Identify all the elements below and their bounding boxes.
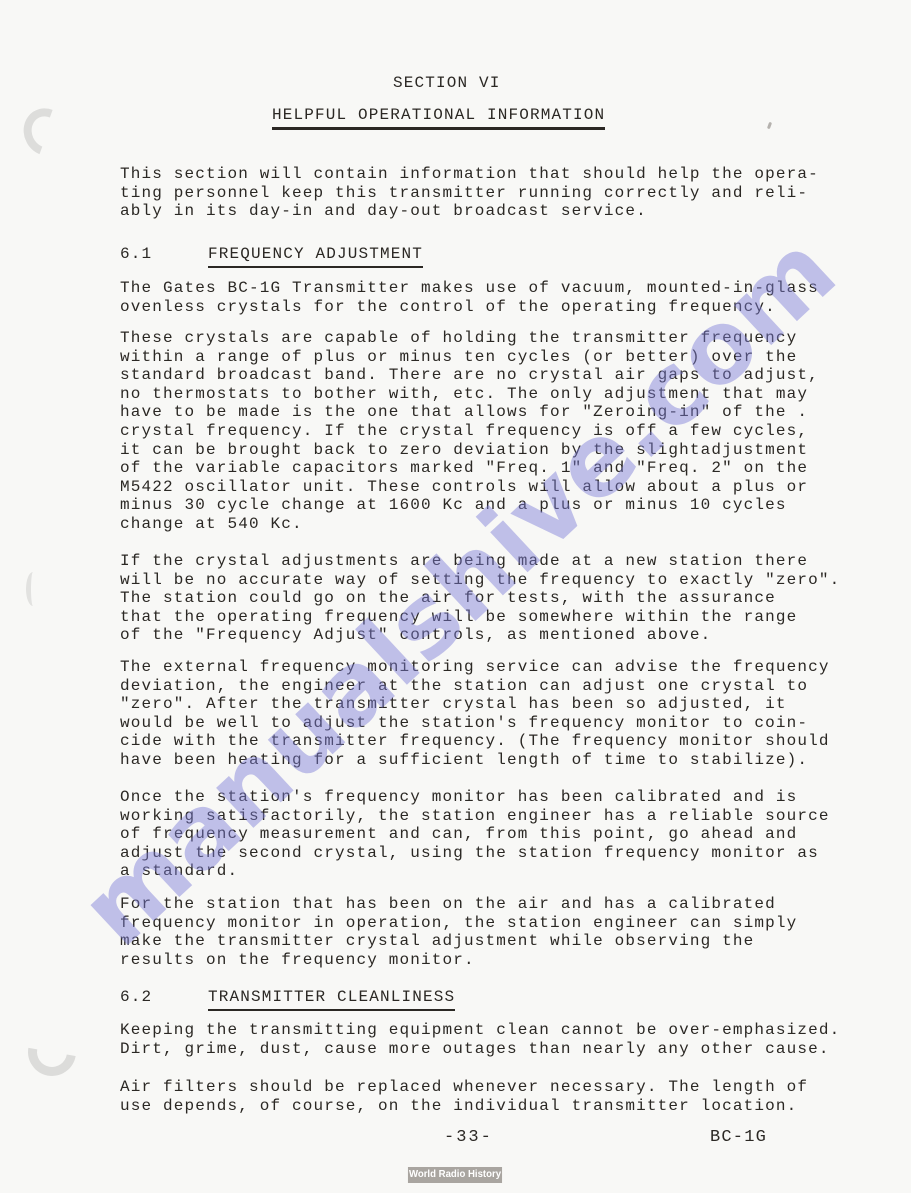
body-paragraph: Keeping the transmitting equipment clean… (120, 1021, 840, 1058)
body-paragraph: Once the station's frequency monitor has… (120, 788, 830, 881)
punch-hole-mark (26, 572, 40, 606)
body-paragraph: Air filters should be replaced whenever … (120, 1078, 808, 1115)
body-paragraph: These crystals are capable of holding th… (120, 329, 819, 534)
body-paragraph: The external frequency monitoring servic… (120, 658, 830, 770)
section-heading: TRANSMITTER CLEANLINESS (208, 988, 455, 1011)
section-heading: FREQUENCY ADJUSTMENT (208, 245, 423, 268)
section-number: 6.2 (120, 988, 152, 1006)
scan-speck (767, 122, 772, 130)
section-number: 6.1 (120, 245, 152, 263)
punch-hole-mark (19, 1019, 86, 1086)
intro-paragraph: This section will contain information th… (120, 165, 819, 221)
body-paragraph: For the station that has been on the air… (120, 895, 797, 969)
body-paragraph: If the crystal adjustments are being mad… (120, 552, 840, 645)
model-label: BC-1G (710, 1128, 767, 1147)
body-paragraph: The Gates BC-1G Transmitter makes use of… (120, 279, 819, 316)
scanned-manual-page: SECTION VI HELPFUL OPERATIONAL INFORMATI… (0, 0, 911, 1193)
page-number: -33- (444, 1128, 493, 1147)
page-heading: HELPFUL OPERATIONAL INFORMATION (272, 106, 605, 130)
punch-hole-mark (16, 101, 76, 163)
world-radio-history-badge: World Radio History (408, 1167, 502, 1183)
section-title: SECTION VI (393, 74, 501, 92)
